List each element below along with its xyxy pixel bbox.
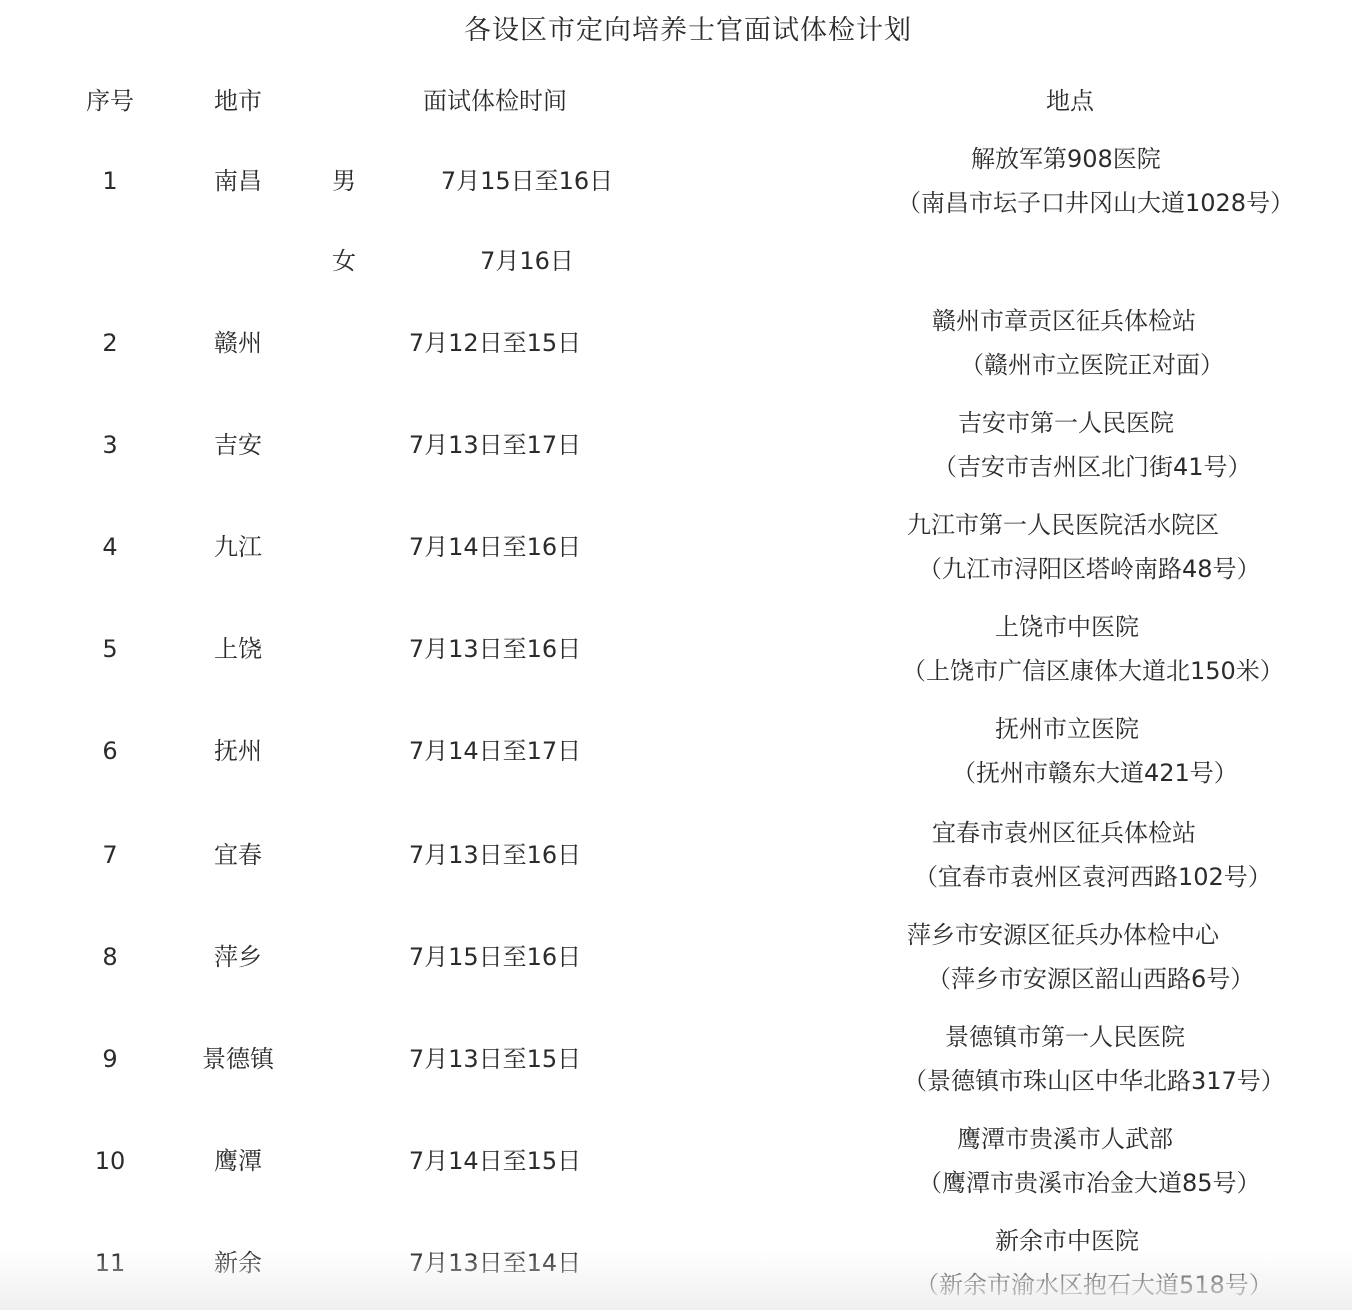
location-address: （萍乡市安源区韶山西路6号） xyxy=(927,964,1254,994)
row-time-male: 7月15日至16日 xyxy=(441,166,613,196)
header-city: 地市 xyxy=(214,86,262,116)
row-index: 8 xyxy=(102,942,117,972)
row-city: 萍乡 xyxy=(214,942,262,972)
row-city: 景德镇 xyxy=(202,1044,274,1074)
row-index: 3 xyxy=(102,430,117,460)
row-city: 赣州 xyxy=(214,328,262,358)
row-city: 抚州 xyxy=(214,736,262,766)
row-time: 7月14日至15日 xyxy=(409,1146,581,1176)
location-address: （鹰潭市贵溪市冶金大道85号） xyxy=(918,1168,1261,1198)
row-city: 吉安 xyxy=(214,430,262,460)
location-name: 上饶市中医院 xyxy=(995,612,1139,642)
row-index: 1 xyxy=(102,166,117,196)
row-city: 南昌 xyxy=(214,166,262,196)
row-city: 九江 xyxy=(214,532,262,562)
row-time: 7月12日至15日 xyxy=(409,328,581,358)
row-time: 7月13日至17日 xyxy=(409,430,581,460)
location-name: 鹰潭市贵溪市人武部 xyxy=(957,1124,1173,1154)
location-address: （上饶市广信区康体大道北150米） xyxy=(902,656,1284,686)
location-name: 萍乡市安源区征兵办体检中心 xyxy=(907,920,1219,950)
row-gender-male: 男 xyxy=(332,166,356,196)
row-time: 7月15日至16日 xyxy=(409,942,581,972)
row-city: 新余 xyxy=(214,1248,262,1278)
header-index: 序号 xyxy=(86,86,134,116)
location-name: 抚州市立医院 xyxy=(995,714,1139,744)
row-time: 7月14日至16日 xyxy=(409,532,581,562)
row-index: 9 xyxy=(102,1044,117,1074)
row-index: 7 xyxy=(102,840,117,870)
header-time: 面试体检时间 xyxy=(423,86,567,116)
page-title: 各设区市定向培养士官面试体检计划 xyxy=(0,8,1352,47)
location-name: 新余市中医院 xyxy=(995,1226,1139,1256)
row-index: 2 xyxy=(102,328,117,358)
row-time-female: 7月16日 xyxy=(480,246,574,276)
row-index: 6 xyxy=(102,736,117,766)
row-index: 10 xyxy=(95,1146,126,1176)
row-time: 7月14日至17日 xyxy=(409,736,581,766)
row-index: 11 xyxy=(95,1248,126,1278)
location-address: （吉安市吉州区北门街41号） xyxy=(933,452,1252,482)
row-city: 宜春 xyxy=(214,840,262,870)
row-time: 7月13日至15日 xyxy=(409,1044,581,1074)
row-index: 4 xyxy=(102,532,117,562)
row-gender-female: 女 xyxy=(332,246,356,276)
location-name: 吉安市第一人民医院 xyxy=(958,408,1174,438)
location-address: （景德镇市珠山区中华北路317号） xyxy=(903,1066,1285,1096)
location-name: 九江市第一人民医院活水院区 xyxy=(907,510,1219,540)
row-time: 7月13日至16日 xyxy=(409,840,581,870)
row-time: 7月13日至16日 xyxy=(409,634,581,664)
location-address: （赣州市立医院正对面） xyxy=(960,350,1224,380)
location-name: 赣州市章贡区征兵体检站 xyxy=(932,306,1196,336)
location-address: （新余市渝水区抱石大道518号） xyxy=(915,1270,1273,1300)
header-location: 地点 xyxy=(1046,86,1094,116)
location-name: 解放军第908医院 xyxy=(971,144,1161,174)
row-index: 5 xyxy=(102,634,117,664)
location-name: 景德镇市第一人民医院 xyxy=(945,1022,1185,1052)
location-name: 宜春市袁州区征兵体检站 xyxy=(932,818,1196,848)
row-time: 7月13日至14日 xyxy=(409,1248,581,1278)
location-address: （宜春市袁州区袁河西路102号） xyxy=(914,862,1272,892)
location-address: （九江市浔阳区塔岭南路48号） xyxy=(918,554,1261,584)
row-city: 鹰潭 xyxy=(214,1146,262,1176)
location-address: （抚州市赣东大道421号） xyxy=(952,758,1238,788)
location-address: （南昌市坛子口井冈山大道1028号） xyxy=(897,188,1294,218)
row-city: 上饶 xyxy=(214,634,262,664)
